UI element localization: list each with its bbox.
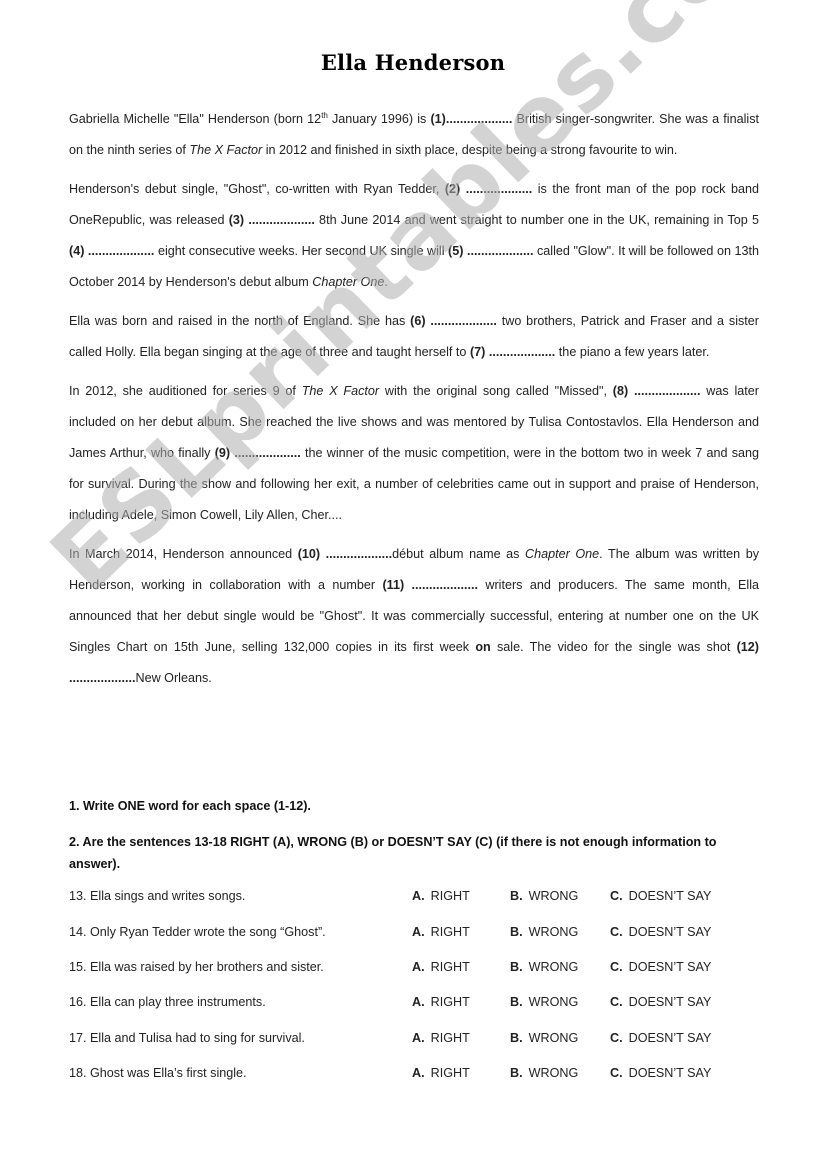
question-statement: 16. Ella can play three instruments.	[69, 995, 266, 1009]
option-label: DOESN’T SAY	[629, 995, 712, 1009]
question-statement: 15. Ella was raised by her brothers and …	[69, 960, 324, 974]
option-letter: B.	[510, 1066, 523, 1080]
option-b-wrong[interactable]: B.WRONG	[510, 1031, 578, 1045]
option-letter: A.	[412, 1031, 425, 1045]
text: In March 2014, Henderson announced	[69, 547, 298, 561]
option-label: DOESN’T SAY	[629, 960, 712, 974]
gap-5[interactable]: (5) ...................	[448, 244, 533, 258]
option-a-right[interactable]: A.RIGHT	[412, 995, 470, 1009]
text: Gabriella Michelle "Ella" Henderson (bor…	[69, 112, 321, 126]
option-c-doesnt-say[interactable]: C.DOESN’T SAY	[610, 925, 711, 939]
instruction-2: 2. Are the sentences 13-18 RIGHT (A), WR…	[69, 831, 769, 875]
gap-2[interactable]: (2) ...................	[445, 182, 532, 196]
option-letter: C.	[610, 960, 623, 974]
text: sale. The video for the single was shot	[491, 640, 737, 654]
option-label: DOESN’T SAY	[629, 889, 712, 903]
text: .	[384, 275, 388, 289]
gap-3[interactable]: (3) ...................	[229, 213, 315, 227]
gap-7[interactable]: (7) ...................	[470, 345, 555, 359]
option-letter: C.	[610, 889, 623, 903]
paragraph-1: Gabriella Michelle "Ella" Henderson (bor…	[69, 104, 759, 166]
text: January 1996) is	[328, 112, 431, 126]
page-title: Ella Henderson	[0, 50, 826, 75]
option-label: RIGHT	[431, 960, 470, 974]
option-label: RIGHT	[431, 1066, 470, 1080]
option-a-right[interactable]: A.RIGHT	[412, 889, 470, 903]
paragraph-2: Henderson's debut single, "Ghost", co-wr…	[69, 174, 759, 298]
text: 8th June 2014 and went straight to numbe…	[315, 213, 759, 227]
option-label: DOESN’T SAY	[629, 925, 712, 939]
question-row: 16. Ella can play three instruments.A.RI…	[69, 995, 769, 1015]
option-b-wrong[interactable]: B.WRONG	[510, 889, 578, 903]
option-letter: B.	[510, 925, 523, 939]
superscript: th	[321, 111, 328, 120]
text: début album name as	[392, 547, 525, 561]
question-statement: 14. Only Ryan Tedder wrote the song “Gho…	[69, 925, 326, 939]
option-label: WRONG	[529, 960, 579, 974]
gap-6[interactable]: (6) ...................	[410, 314, 497, 328]
option-a-right[interactable]: A.RIGHT	[412, 1066, 470, 1080]
text: New Orleans.	[135, 671, 211, 685]
option-letter: B.	[510, 995, 523, 1009]
option-b-wrong[interactable]: B.WRONG	[510, 995, 578, 1009]
option-label: WRONG	[529, 1066, 579, 1080]
text: eight consecutive weeks. Her second UK s…	[154, 244, 448, 258]
question-statement: 17. Ella and Tulisa had to sing for surv…	[69, 1031, 305, 1045]
text: Henderson's debut single, "Ghost", co-wr…	[69, 182, 445, 196]
option-label: WRONG	[529, 995, 579, 1009]
option-label: DOESN’T SAY	[629, 1031, 712, 1045]
question-statement: 13. Ella sings and writes songs.	[69, 889, 245, 903]
option-letter: C.	[610, 995, 623, 1009]
bold-word: on	[475, 640, 490, 654]
paragraph-3: Ella was born and raised in the north of…	[69, 306, 759, 368]
question-row: 15. Ella was raised by her brothers and …	[69, 960, 769, 980]
question-statement: 18. Ghost was Ella’s first single.	[69, 1066, 247, 1080]
option-c-doesnt-say[interactable]: C.DOESN’T SAY	[610, 995, 711, 1009]
gap-8[interactable]: (8) ...................	[613, 384, 701, 398]
option-letter: B.	[510, 1031, 523, 1045]
option-b-wrong[interactable]: B.WRONG	[510, 925, 578, 939]
gap-4[interactable]: (4) ...................	[69, 244, 154, 258]
paragraph-4: In 2012, she auditioned for series 9 of …	[69, 376, 759, 531]
question-row: 14. Only Ryan Tedder wrote the song “Gho…	[69, 925, 769, 945]
gap-9[interactable]: (9) ...................	[215, 446, 301, 460]
paragraph-5: In March 2014, Henderson announced (10) …	[69, 539, 759, 694]
text: the piano a few years later.	[555, 345, 709, 359]
instruction-1: 1. Write ONE word for each space (1-12).	[69, 795, 769, 817]
option-c-doesnt-say[interactable]: C.DOESN’T SAY	[610, 1066, 711, 1080]
option-label: DOESN’T SAY	[629, 1066, 712, 1080]
option-b-wrong[interactable]: B.WRONG	[510, 1066, 578, 1080]
gap-1[interactable]: (1)...................	[430, 112, 512, 126]
option-letter: C.	[610, 925, 623, 939]
option-letter: A.	[412, 925, 425, 939]
option-letter: C.	[610, 1066, 623, 1080]
gap-10[interactable]: (10) ...................	[298, 547, 392, 561]
question-row: 18. Ghost was Ella’s first single.A.RIGH…	[69, 1066, 769, 1086]
option-label: RIGHT	[431, 995, 470, 1009]
option-letter: A.	[412, 889, 425, 903]
question-row: 17. Ella and Tulisa had to sing for surv…	[69, 1031, 769, 1051]
option-label: RIGHT	[431, 1031, 470, 1045]
option-label: RIGHT	[431, 889, 470, 903]
option-letter: C.	[610, 1031, 623, 1045]
option-c-doesnt-say[interactable]: C.DOESN’T SAY	[610, 960, 711, 974]
reading-text: Gabriella Michelle "Ella" Henderson (bor…	[69, 104, 759, 702]
option-a-right[interactable]: A.RIGHT	[412, 960, 470, 974]
option-label: WRONG	[529, 889, 579, 903]
option-b-wrong[interactable]: B.WRONG	[510, 960, 578, 974]
show-title: The X Factor	[302, 384, 379, 398]
option-letter: A.	[412, 995, 425, 1009]
option-letter: B.	[510, 960, 523, 974]
option-letter: A.	[412, 1066, 425, 1080]
show-title: The X Factor	[189, 143, 262, 157]
text: with the original song called "Missed",	[379, 384, 613, 398]
worksheet-page: Ella Henderson Gabriella Michelle "Ella"…	[0, 0, 826, 1169]
question-row: 13. Ella sings and writes songs.A.RIGHTB…	[69, 889, 769, 909]
option-label: WRONG	[529, 1031, 579, 1045]
option-letter: B.	[510, 889, 523, 903]
text: In 2012, she auditioned for series 9 of	[69, 384, 302, 398]
album-title: Chapter One	[525, 547, 599, 561]
text: Ella was born and raised in the north of…	[69, 314, 410, 328]
option-letter: A.	[412, 960, 425, 974]
option-a-right[interactable]: A.RIGHT	[412, 1031, 470, 1045]
option-label: WRONG	[529, 925, 579, 939]
text: in 2012 and finished in sixth place, des…	[262, 143, 677, 157]
gap-11[interactable]: (11) ...................	[382, 578, 478, 592]
option-label: RIGHT	[431, 925, 470, 939]
option-c-doesnt-say[interactable]: C.DOESN’T SAY	[610, 1031, 711, 1045]
option-c-doesnt-say[interactable]: C.DOESN’T SAY	[610, 889, 711, 903]
album-title: Chapter One	[312, 275, 384, 289]
option-a-right[interactable]: A.RIGHT	[412, 925, 470, 939]
